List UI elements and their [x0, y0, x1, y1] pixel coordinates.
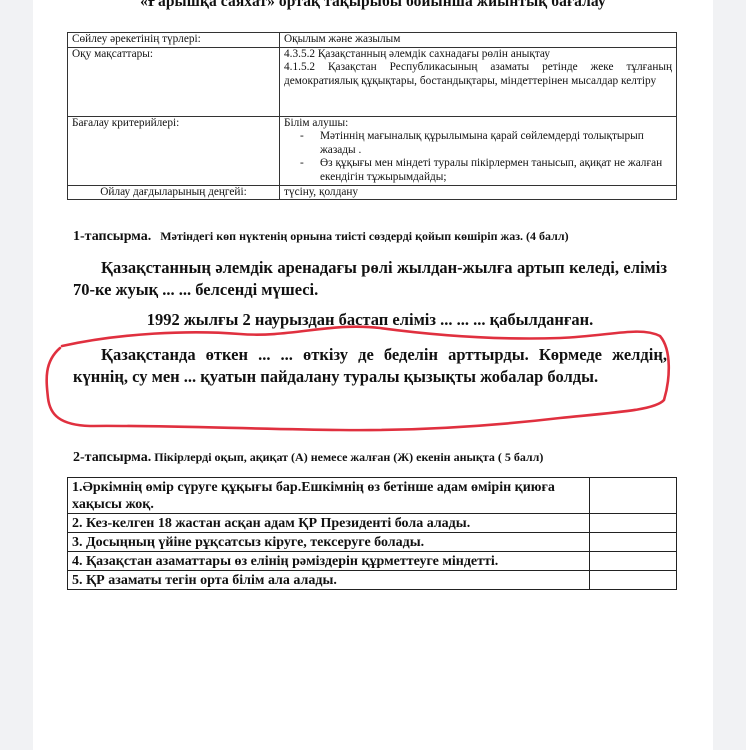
- info-row-speech-types: Сөйлеу әрекетінің түрлері: Оқылым және ж…: [68, 33, 677, 48]
- info-value: 4.3.5.2 Қазақстанның әлемдік сахнадағы р…: [280, 47, 677, 116]
- task1-number: 1-тапсырма.: [73, 229, 151, 244]
- info-label: Оқу мақсаттары:: [68, 47, 280, 116]
- answer-cell[interactable]: [590, 552, 677, 571]
- info-label: Бағалау критерийлері:: [68, 116, 280, 185]
- info-value: Оқылым және жазылым: [280, 33, 677, 48]
- statement-cell: 2. Кез-келген 18 жастан асқан адам ҚР Пр…: [68, 514, 590, 533]
- info-row-thinking-skills: Ойлау дағдыларының деңгейі: түсіну, қолд…: [68, 185, 677, 200]
- task1-paragraph-3: Қазақстанда өткен ... ... өткізу де беде…: [73, 344, 667, 388]
- criteria-intro: Білім алушы:: [284, 117, 672, 131]
- table-row: 1.Әркімнің өмір сүруге құқығы бар.Ешкімн…: [68, 478, 677, 514]
- answer-cell[interactable]: [590, 478, 677, 514]
- answer-cell[interactable]: [590, 533, 677, 552]
- table-row: 2. Кез-келген 18 жастан асқан адам ҚР Пр…: [68, 514, 677, 533]
- statement-cell: 4. Қазақстан азаматтары өз елінің рәмізд…: [68, 552, 590, 571]
- true-false-table: 1.Әркімнің өмір сүруге құқығы бар.Ешкімн…: [67, 477, 677, 590]
- info-label: Ойлау дағдыларының деңгейі:: [68, 185, 280, 200]
- document-title: «Ғарышқа саяхат» ортақ тақырыбы бойынша …: [33, 0, 713, 11]
- task1-paragraph-2: 1992 жылғы 2 наурыздан бастап еліміз ...…: [73, 310, 667, 330]
- task2-instruction: Пікірлерді оқып, ақиқат (А) немесе жалға…: [154, 450, 543, 464]
- document-page: «Ғарышқа саяхат» ортақ тақырыбы бойынша …: [33, 0, 713, 750]
- table-row: 5. ҚР азаматы тегін орта білім ала алады…: [68, 571, 677, 590]
- info-value: түсіну, қолдану: [280, 185, 677, 200]
- task2-heading: 2-тапсырма. Пікірлерді оқып, ақиқат (А) …: [73, 450, 543, 466]
- criteria-item: Мәтіннің мағыналық құрылымына қарай сөйл…: [320, 130, 672, 157]
- answer-cell[interactable]: [590, 571, 677, 590]
- task1-instruction: Мәтіндегі көп нүктенің орнына тиісті сөз…: [160, 229, 568, 243]
- info-value: Білім алушы: Мәтіннің мағыналық құрылымы…: [280, 116, 677, 185]
- info-row-learning-objectives: Оқу мақсаттары: 4.3.5.2 Қазақстанның әле…: [68, 47, 677, 116]
- task1-heading: 1-тапсырма. Мәтіндегі көп нүктенің орнын…: [73, 229, 569, 245]
- objective-line: 4.3.5.2 Қазақстанның әлемдік сахнадағы р…: [284, 48, 672, 62]
- table-row: 3. Досыңның үйіне рұқсатсыз кіруге, текс…: [68, 533, 677, 552]
- statement-cell: 1.Әркімнің өмір сүруге құқығы бар.Ешкімн…: [68, 478, 590, 514]
- task2-number: 2-тапсырма.: [73, 450, 151, 465]
- info-label: Сөйлеу әрекетінің түрлері:: [68, 33, 280, 48]
- table-row: 4. Қазақстан азаматтары өз елінің рәмізд…: [68, 552, 677, 571]
- statement-cell: 5. ҚР азаматы тегін орта білім ала алады…: [68, 571, 590, 590]
- info-row-assessment-criteria: Бағалау критерийлері: Білім алушы: Мәтін…: [68, 116, 677, 185]
- answer-cell[interactable]: [590, 514, 677, 533]
- objective-line: 4.1.5.2 Қазақстан Республикасының азамат…: [284, 61, 672, 88]
- statement-cell: 3. Досыңның үйіне рұқсатсыз кіруге, текс…: [68, 533, 590, 552]
- criteria-list: Мәтіннің мағыналық құрылымына қарай сөйл…: [284, 130, 672, 184]
- info-table: Сөйлеу әрекетінің түрлері: Оқылым және ж…: [67, 32, 677, 200]
- criteria-item: Өз құқығы мен міндеті туралы пікірлермен…: [320, 157, 672, 184]
- task1-paragraph-1: Қазақстанның әлемдік аренадағы рөлі жылд…: [73, 257, 667, 301]
